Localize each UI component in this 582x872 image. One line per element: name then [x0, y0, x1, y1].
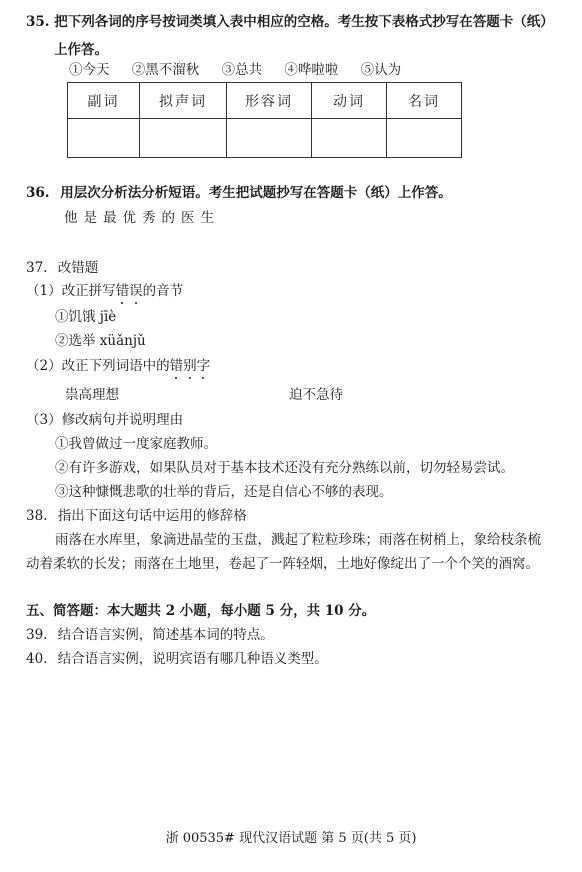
q37-question: 37. 改错题 — [26, 262, 98, 276]
emphasis-char: 误 — [129, 283, 143, 299]
q39-number: 39. — [26, 627, 47, 643]
table-header-row: 副词 拟声词 形容词 动词 名词 — [68, 83, 462, 119]
item-pinyin: jīè — [100, 309, 117, 325]
q36-question: 36. 用层次分析法分析短语。考生把试题抄写在答题卡（纸）上作答。 — [26, 187, 452, 201]
q37-part1-item: ①饥饿 jīè — [55, 311, 116, 325]
q40-question: 40. 结合语言实例，说明宾语有哪几种语义类型。 — [26, 653, 328, 667]
q37-part1-item: ②选举 xüǎnjǔ — [55, 335, 146, 349]
q37-part1-heading: （1）改正拼写错误的音节 — [26, 285, 183, 299]
q35-number: 35. — [26, 14, 50, 30]
table-header-cell: 副词 — [68, 83, 140, 119]
table-cell — [387, 119, 462, 158]
table-header-cell: 形容词 — [227, 83, 312, 119]
part-text: 改正下列词语中的 — [62, 358, 170, 374]
q37-part2-item: 迫不急待 — [289, 389, 343, 403]
q37-part3-item: ③这种慷慨悲歌的壮举的背后，还是自信心不够的表现。 — [55, 486, 393, 500]
table-cell — [68, 119, 140, 158]
item-word: 选举 — [69, 333, 96, 349]
q40-prompt: 结合语言实例，说明宾语有哪几种语义类型。 — [58, 651, 328, 667]
q37-part2-item: 祟高理想 — [65, 389, 119, 403]
table-header-cell: 拟声词 — [140, 83, 227, 119]
table-cell — [312, 119, 387, 158]
q38-passage-line: 动着柔软的长发；雨落在土地里，卷起了一阵轻烟，土地好像绽出了一个个笑的酒窝。 — [26, 558, 539, 572]
part-label: （1） — [26, 283, 62, 299]
q37-part3-heading: （3）修改病句并说明理由 — [26, 414, 183, 428]
q35-word: ②黑不溜秋 — [132, 62, 200, 78]
q35-word: ①今天 — [69, 62, 110, 78]
emphasis-char: 字 — [197, 358, 211, 374]
part-label: （2） — [26, 358, 62, 374]
q39-prompt: 结合语言实例，简述基本词的特点。 — [58, 627, 274, 643]
q39-question: 39. 结合语言实例，简述基本词的特点。 — [26, 629, 274, 643]
q38-question: 38. 指出下面这句话中运用的修辞格 — [26, 510, 247, 524]
q36-prompt: 用层次分析法分析短语。考生把试题抄写在答题卡（纸）上作答。 — [60, 185, 452, 201]
q35-word: ④哗啦啦 — [284, 62, 338, 78]
q37-part2-heading: （2）改正下列词语中的错别字 — [26, 360, 210, 374]
page-footer: 浙 00535# 现代汉语试题 第 5 页(共 5 页) — [0, 832, 582, 845]
table-row — [68, 119, 462, 158]
part-text: 改正拼写 — [62, 283, 116, 299]
part-text: 的音节 — [143, 283, 184, 299]
emphasis-char: 别 — [183, 358, 197, 374]
item-word: 饥饿 — [69, 309, 96, 325]
item-number: ② — [55, 333, 69, 349]
item-number: ① — [55, 309, 69, 325]
q37-part3-item: ②有许多游戏，如果队员对于基本技术还没有充分熟练以前，切勿轻易尝试。 — [55, 462, 514, 476]
part-text: 修改病句并说明理由 — [62, 412, 184, 428]
item-pinyin: xüǎnjǔ — [100, 333, 146, 349]
q35-word: ③总共 — [222, 62, 263, 78]
q38-prompt: 指出下面这句话中运用的修辞格 — [58, 508, 247, 524]
table-header-cell: 名词 — [387, 83, 462, 119]
emphasis-char: 错 — [170, 358, 184, 374]
q35-word: ⑤认为 — [361, 62, 402, 78]
table-cell — [227, 119, 312, 158]
q35-question: 35. 把下列各词的序号按词类填入表中相应的空格。考生按下表格式抄写在答题卡（纸… — [26, 16, 554, 30]
q37-title: 改错题 — [58, 260, 99, 276]
q36-number: 36. — [26, 185, 50, 201]
q38-number: 38. — [26, 508, 47, 524]
q35-word-list: ①今天 ②黑不溜秋 ③总共 ④哗啦啦 ⑤认为 — [69, 64, 401, 78]
q35-prompt-cont: 上作答。 — [54, 44, 108, 58]
part-label: （3） — [26, 412, 62, 428]
q37-part3-item: ①我曾做过一度家庭教师。 — [55, 438, 217, 452]
q37-number: 37. — [26, 260, 47, 276]
table-header-cell: 动词 — [312, 83, 387, 119]
q36-phrase: 他是最优秀的医生 — [64, 212, 220, 226]
q40-number: 40. — [26, 651, 47, 667]
emphasis-char: 错 — [116, 283, 130, 299]
table-cell — [140, 119, 227, 158]
q35-word-class-table: 副词 拟声词 形容词 动词 名词 — [67, 82, 462, 158]
q35-prompt: 把下列各词的序号按词类填入表中相应的空格。考生按下表格式抄写在答题卡（纸） — [54, 14, 554, 30]
q38-passage-line: 雨落在水库里，象滴进晶莹的玉盘，溅起了粒粒珍珠；雨落在树梢上，象给枝条梳 — [55, 534, 541, 548]
section5-heading: 五、简答题：本大题共 2 小题，每小题 5 分，共 10 分。 — [26, 605, 375, 619]
